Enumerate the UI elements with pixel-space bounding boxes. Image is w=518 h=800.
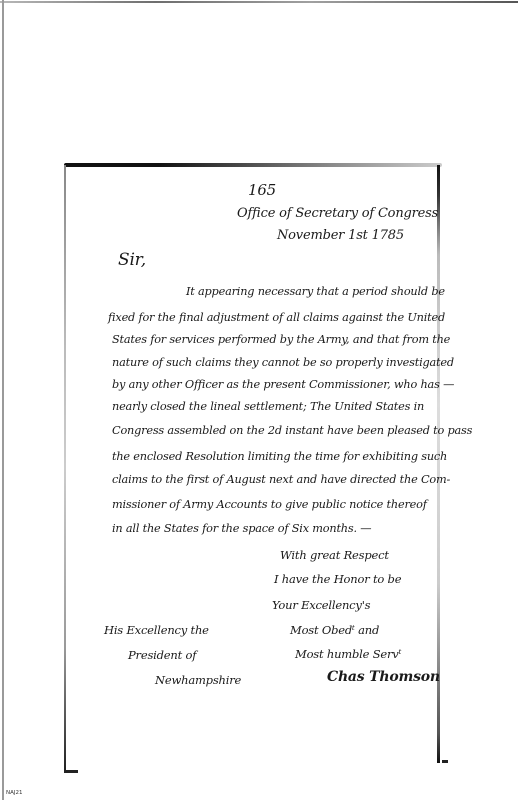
body-line: the enclosed Resolution limiting the tim… bbox=[112, 450, 447, 463]
body-line: fixed for the final adjustment of all cl… bbox=[108, 311, 445, 324]
page-edge-top bbox=[64, 163, 442, 167]
scan-left-edge bbox=[2, 0, 4, 800]
page-edge-bottom-right bbox=[442, 760, 448, 763]
body-line: missioner of Army Accounts to give publi… bbox=[112, 498, 427, 511]
folio-number: 165 bbox=[248, 181, 276, 199]
body-line: nearly closed the lineal settlement; The… bbox=[112, 400, 424, 413]
signature: Chas Thomson bbox=[327, 669, 440, 685]
body-line: claims to the first of August next and h… bbox=[112, 473, 450, 486]
body-line: nature of such claims they cannot be so … bbox=[112, 356, 454, 369]
closing-line: Most humble Servᵗ bbox=[295, 647, 401, 661]
body-line: States for services performed by the Arm… bbox=[112, 333, 450, 346]
addressee-line: Newhampshire bbox=[155, 673, 241, 687]
body-line: It appearing necessary that a period sho… bbox=[186, 285, 445, 298]
body-line: by any other Officer as the present Comm… bbox=[112, 378, 454, 391]
closing-line: I have the Honor to be bbox=[274, 572, 401, 586]
addressee-line: His Excellency the bbox=[104, 623, 209, 637]
body-line: in all the States for the space of Six m… bbox=[112, 522, 371, 535]
heading-office: Office of Secretary of Congress bbox=[237, 206, 438, 221]
closing-line: With great Respect bbox=[280, 548, 389, 562]
closing-line: Most Obedᵗ and bbox=[290, 623, 379, 637]
page-edge-left bbox=[64, 165, 66, 770]
closing-line: Your Excellency's bbox=[272, 598, 370, 612]
archive-label: NAJ21 bbox=[6, 790, 23, 796]
page-edge-bottom-left bbox=[64, 770, 78, 773]
salutation: Sir, bbox=[118, 250, 146, 270]
body-line: Congress assembled on the 2d instant hav… bbox=[112, 424, 472, 437]
heading-date: November 1st 1785 bbox=[277, 228, 404, 243]
scan-top-edge bbox=[0, 1, 518, 3]
addressee-line: President of bbox=[128, 648, 196, 662]
